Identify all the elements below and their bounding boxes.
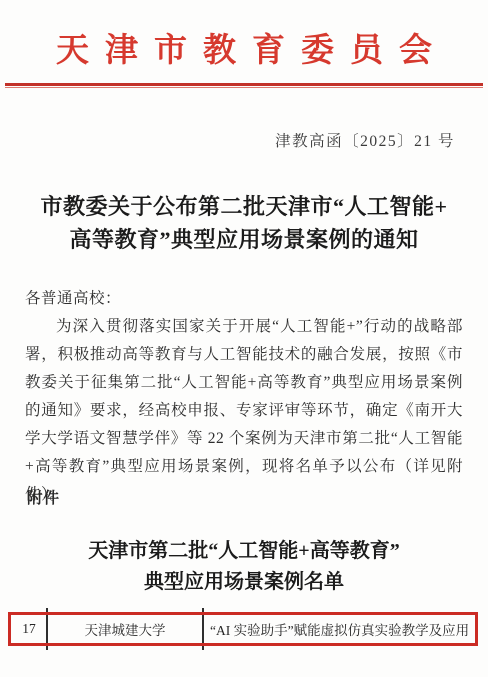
notice-title-line2: 高等教育”典型应用场景案例的通知	[20, 223, 468, 256]
table-cell-index: 17	[11, 621, 47, 637]
attachment-title-line1: 天津市第二批“人工智能+高等教育”	[20, 536, 468, 567]
notice-title: 市教委关于公布第二批天津市“人工智能+ 高等教育”典型应用场景案例的通知	[20, 190, 468, 256]
attachment-title: 天津市第二批“人工智能+高等教育” 典型应用场景案例名单	[20, 536, 468, 598]
body-paragraph: 为深入贯彻落实国家关于开展“人工智能+”行动的战略部署，积极推动高等教育与人工智…	[25, 313, 463, 509]
document-reference-number: 津教高函〔2025〕21 号	[275, 129, 455, 151]
table-cell-case-name: “AI 实验助手”赋能虚拟仿真实验教学及应用	[203, 619, 475, 639]
letterhead-rule-shadow	[5, 87, 483, 88]
table-cell-school: 天津城建大学	[47, 619, 203, 639]
letterhead-org-name: 天津市教育委员会	[0, 24, 488, 71]
attachment-label: 附件	[27, 486, 60, 508]
salutation: 各普通高校：	[25, 285, 463, 313]
notice-title-line1: 市教委关于公布第二批天津市“人工智能+	[20, 190, 468, 223]
letterhead-rule	[5, 83, 483, 86]
attachment-title-line2: 典型应用场景案例名单	[20, 567, 468, 598]
document-page: 天津市教育委员会 津教高函〔2025〕21 号 市教委关于公布第二批天津市“人工…	[0, 0, 488, 677]
notice-body: 各普通高校： 为深入贯彻落实国家关于开展“人工智能+”行动的战略部署，积极推动高…	[25, 285, 463, 509]
table-row: 17 天津城建大学 “AI 实验助手”赋能虚拟仿真实验教学及应用	[8, 612, 478, 646]
case-table-row-highlighted: 17 天津城建大学 “AI 实验助手”赋能虚拟仿真实验教学及应用	[8, 612, 478, 646]
